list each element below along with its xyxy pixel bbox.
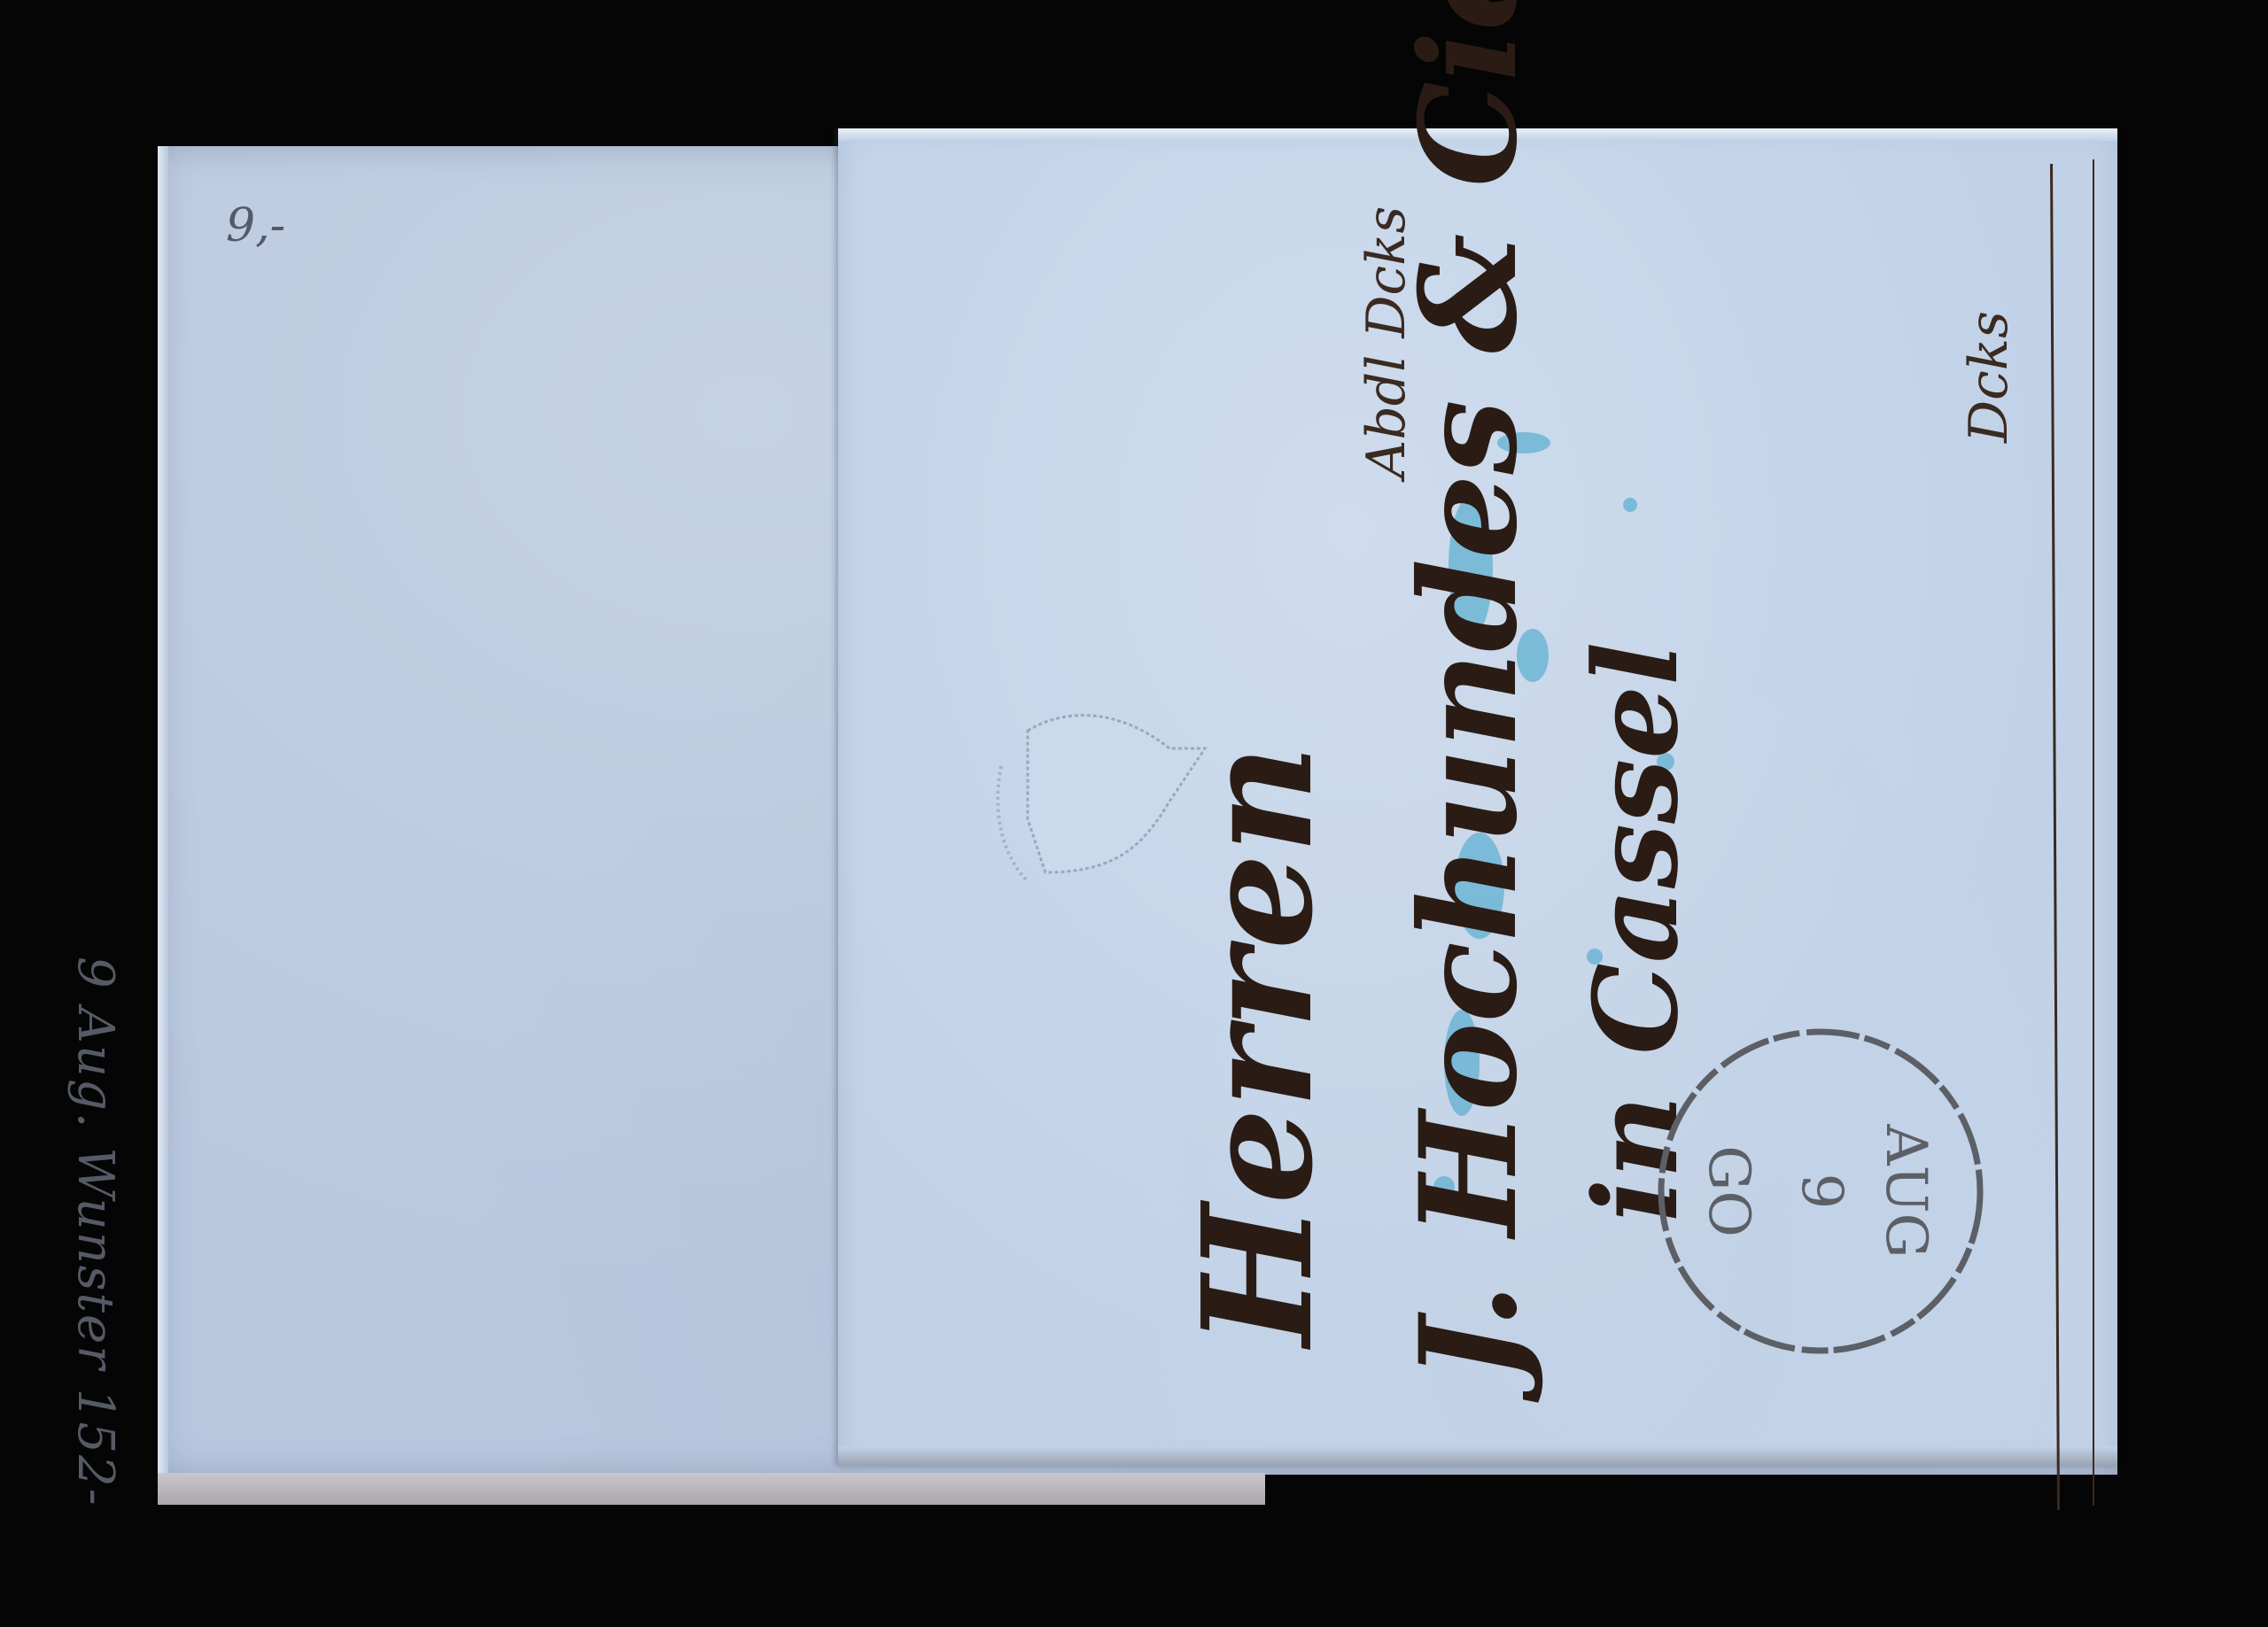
address-line-1: Herren [1169, 744, 1347, 1346]
circular-postmark: AUG 9 GO [1648, 1019, 1993, 1364]
left-fold-edge [158, 146, 168, 1475]
bottom-fold-strip [158, 1473, 1265, 1505]
postmark-month: AUG [1873, 1123, 1938, 1258]
routing-note-upper: Abdl Dcks [1355, 206, 1417, 478]
pencil-note-side: 9 Aug. Wunster 152- [66, 957, 124, 1507]
routing-note-right: Dcks [1958, 311, 2020, 443]
flap-bottom-edge [838, 1446, 2117, 1466]
pencil-note-top: 9,- [226, 199, 285, 252]
postmark-day: 9 [1789, 1174, 1854, 1210]
postmark-town: GO [1696, 1145, 1761, 1237]
ruled-line [2093, 159, 2094, 1506]
